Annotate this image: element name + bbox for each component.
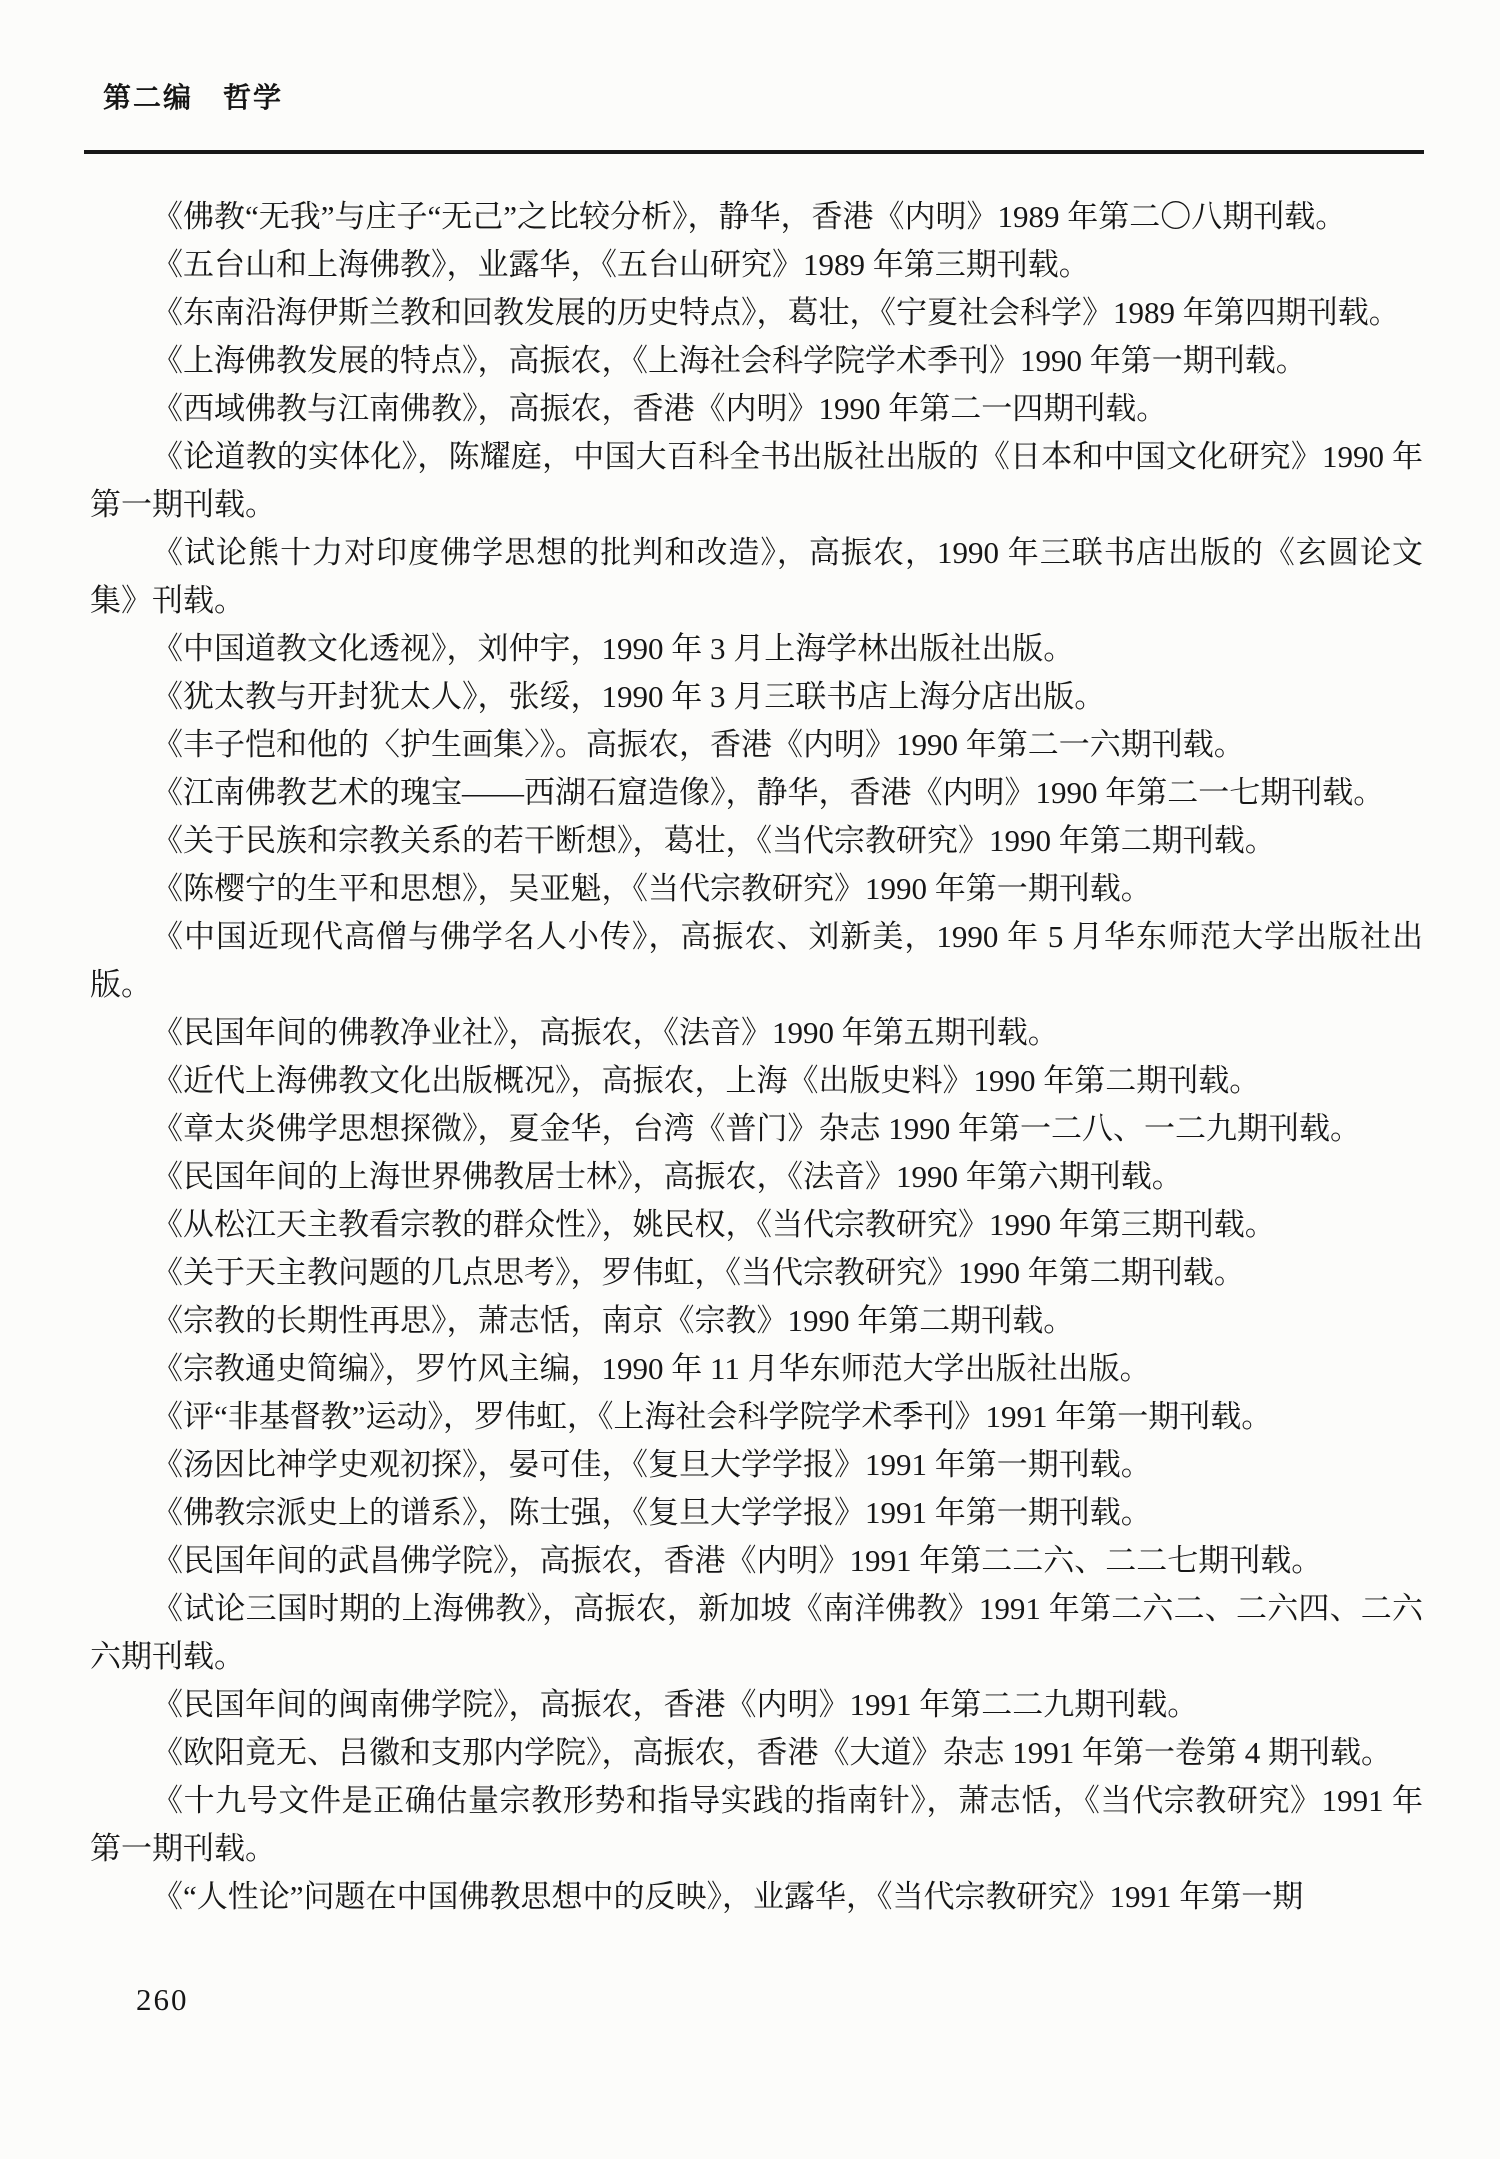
bib-entry: 《佛教宗派史上的谱系》，陈士强，《复旦大学学报》1991 年第一期刊载。 [90, 1489, 1423, 1537]
bibliography-list: 《佛教“无我”与庄子“无己”之比较分析》，静华，香港《内明》1989 年第二〇八… [90, 193, 1423, 1921]
bib-entry: 《十九号文件是正确估量宗教形势和指导实践的指南针》，萧志恬，《当代宗教研究》19… [90, 1777, 1423, 1873]
bib-entry: 《西域佛教与江南佛教》，高振农，香港《内明》1990 年第二一四期刊载。 [90, 385, 1423, 433]
bib-entry: 《试论三国时期的上海佛教》，高振农，新加坡《南洋佛教》1991 年第二六二、二六… [90, 1585, 1423, 1681]
bib-entry: 《关于天主教问题的几点思考》，罗伟虹，《当代宗教研究》1990 年第二期刊载。 [90, 1249, 1423, 1297]
bib-entry: 《上海佛教发展的特点》，高振农，《上海社会科学院学术季刊》1990 年第一期刊载… [90, 337, 1423, 385]
bib-entry: 《丰子恺和他的〈护生画集〉》。高振农，香港《内明》1990 年第二一六期刊载。 [90, 721, 1423, 769]
bib-entry: 《“人性论”问题在中国佛教思想中的反映》，业露华，《当代宗教研究》1991 年第… [90, 1873, 1423, 1921]
bib-entry: 《评“非基督教”运动》，罗伟虹，《上海社会科学院学术季刊》1991 年第一期刊载… [90, 1393, 1423, 1441]
bib-entry: 《江南佛教艺术的瑰宝——西湖石窟造像》，静华，香港《内明》1990 年第二一七期… [90, 769, 1423, 817]
bib-entry: 《民国年间的佛教净业社》，高振农，《法音》1990 年第五期刊载。 [90, 1009, 1423, 1057]
header-rule [84, 150, 1424, 154]
book-page: 第二编 哲学 《佛教“无我”与庄子“无己”之比较分析》，静华，香港《内明》198… [0, 0, 1500, 2159]
bib-entry: 《章太炎佛学思想探微》，夏金华，台湾《普门》杂志 1990 年第一二八、一二九期… [90, 1105, 1423, 1153]
bib-entry: 《从松江天主教看宗教的群众性》，姚民权，《当代宗教研究》1990 年第三期刊载。 [90, 1201, 1423, 1249]
bib-entry: 《佛教“无我”与庄子“无己”之比较分析》，静华，香港《内明》1989 年第二〇八… [90, 193, 1423, 241]
bib-entry: 《陈樱宁的生平和思想》，吴亚魁，《当代宗教研究》1990 年第一期刊载。 [90, 865, 1423, 913]
bib-entry: 《五台山和上海佛教》，业露华，《五台山研究》1989 年第三期刊载。 [90, 241, 1423, 289]
bib-entry: 《东南沿海伊斯兰教和回教发展的历史特点》，葛壮，《宁夏社会科学》1989 年第四… [90, 289, 1423, 337]
bib-entry: 《汤因比神学史观初探》，晏可佳，《复旦大学学报》1991 年第一期刊载。 [90, 1441, 1423, 1489]
bib-entry: 《民国年间的武昌佛学院》，高振农，香港《内明》1991 年第二二六、二二七期刊载… [90, 1537, 1423, 1585]
bib-entry: 《宗教的长期性再思》，萧志恬，南京《宗教》1990 年第二期刊载。 [90, 1297, 1423, 1345]
bib-entry: 《中国道教文化透视》，刘仲宇，1990 年 3 月上海学林出版社出版。 [90, 625, 1423, 673]
bib-entry: 《民国年间的上海世界佛教居士林》，高振农，《法音》1990 年第六期刊载。 [90, 1153, 1423, 1201]
bib-entry: 《欧阳竟无、吕徽和支那内学院》，高振农，香港《大道》杂志 1991 年第一卷第 … [90, 1729, 1423, 1777]
bib-entry: 《中国近现代高僧与佛学名人小传》，高振农、刘新美，1990 年 5 月华东师范大… [90, 913, 1423, 1009]
bib-entry: 《试论熊十力对印度佛学思想的批判和改造》，高振农，1990 年三联书店出版的《玄… [90, 529, 1423, 625]
bib-entry: 《民国年间的闽南佛学院》，高振农，香港《内明》1991 年第二二九期刊载。 [90, 1681, 1423, 1729]
bib-entry: 《近代上海佛教文化出版概况》，高振农，上海《出版史料》1990 年第二期刊载。 [90, 1057, 1423, 1105]
page-number: 260 [136, 1982, 189, 2018]
running-head: 第二编 哲学 [103, 76, 283, 116]
bib-entry: 《宗教通史简编》，罗竹风主编，1990 年 11 月华东师范大学出版社出版。 [90, 1345, 1423, 1393]
bib-entry: 《犹太教与开封犹太人》，张绥，1990 年 3 月三联书店上海分店出版。 [90, 673, 1423, 721]
bib-entry: 《关于民族和宗教关系的若干断想》，葛壮，《当代宗教研究》1990 年第二期刊载。 [90, 817, 1423, 865]
bib-entry: 《论道教的实体化》，陈耀庭，中国大百科全书出版社出版的《日本和中国文化研究》19… [90, 433, 1423, 529]
